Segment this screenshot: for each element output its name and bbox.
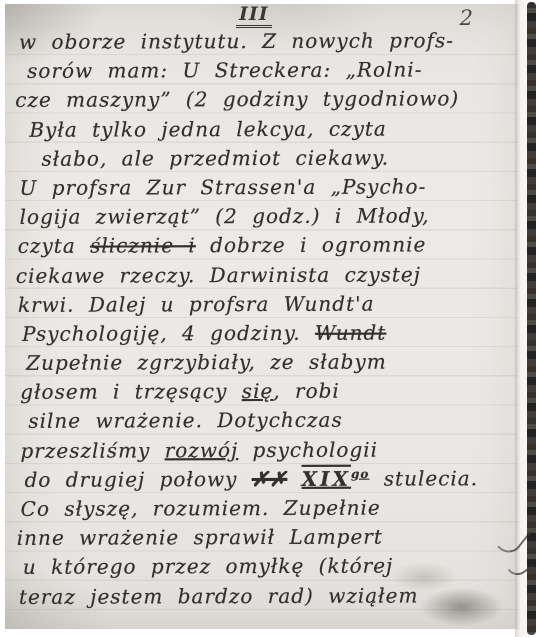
manuscript-line: inne wrażenie sprawił Lampert bbox=[13, 524, 513, 555]
manuscript-line: w oborze instytutu. Z nowych profs- bbox=[11, 28, 511, 59]
text-segment: dobrze i ogromnie bbox=[196, 233, 427, 258]
text-segment: rozwój bbox=[165, 438, 239, 462]
text-segment: cze maszyny” (2 godziny tygodniowo) bbox=[15, 87, 459, 113]
book-edge-dark-band bbox=[527, 2, 536, 635]
manuscript-photo: III 2 w oborze instytutu. Z nowych profs… bbox=[0, 0, 539, 637]
text-segment: Co słyszę, rozumiem. Zupełnie bbox=[21, 496, 381, 521]
text-segment: XIX bbox=[302, 467, 351, 491]
manuscript-line: Psychologiję, 4 godziny. Wundt bbox=[12, 320, 512, 351]
ink-smudge bbox=[407, 581, 517, 633]
section-number: III bbox=[236, 3, 272, 28]
text-segment: przeszliśmy bbox=[20, 438, 164, 463]
text-segment: krwi. Dalej u profsra Wundt'a bbox=[18, 291, 375, 316]
manuscript-line: Była tylko jedna lekcya, czyta bbox=[11, 116, 511, 147]
text-segment: U profsra Zur Strassen'a „Psycho- bbox=[19, 174, 426, 199]
text-segment: inne wrażenie sprawił Lampert bbox=[17, 525, 383, 550]
text-segment: ciekawe rzeczy. Darwinista czystej bbox=[16, 262, 421, 287]
text-segment: teraz jestem bardzo rad) wziąłem bbox=[19, 583, 419, 608]
manuscript-line: cze maszyny” (2 godziny tygodniowo) bbox=[11, 87, 511, 118]
manuscript-line: krwi. Dalej u profsra Wundt'a bbox=[12, 291, 512, 322]
text-segment: Zupełnie zgrzybiały, ze słabym bbox=[26, 350, 387, 375]
page-number: 2 bbox=[460, 6, 473, 30]
manuscript-line: czyta ślicznie i dobrze i ogromnie bbox=[12, 232, 512, 263]
manuscript-line: U profsra Zur Strassen'a „Psycho- bbox=[11, 174, 511, 205]
text-segment: go bbox=[351, 467, 369, 481]
text-segment: Była tylko jedna lekcya, czyta bbox=[29, 116, 387, 141]
manuscript-line: ciekawe rzeczy. Darwinista czystej bbox=[12, 262, 512, 293]
text-segment: psychologii bbox=[238, 437, 378, 461]
text-segment: czyta bbox=[18, 234, 90, 258]
text-segment: ✗✗ bbox=[252, 467, 288, 491]
text-segment: Wundt bbox=[315, 320, 386, 344]
manuscript-line: Zupełnie zgrzybiały, ze słabym bbox=[12, 349, 512, 380]
text-segment: słabo, ale przedmiot ciekawy. bbox=[41, 145, 389, 170]
text-segment: u którego przez omyłkę (której bbox=[23, 554, 393, 579]
text-segment: stulecia. bbox=[369, 466, 478, 490]
manuscript-line: Co słyszę, rozumiem. Zupełnie bbox=[13, 495, 513, 526]
manuscript-line: słabo, ale przedmiot ciekawy. bbox=[11, 145, 511, 176]
text-segment: silne wrażenie. Dotychczas bbox=[28, 408, 342, 433]
text-segment: logija zwierząt” (2 godz.) i Młody, bbox=[20, 204, 430, 229]
text-segment: , robi bbox=[273, 379, 340, 403]
text-segment: sorów mam: U Streckera: „Rolni- bbox=[27, 58, 422, 83]
text-segment: się bbox=[242, 379, 274, 403]
text-segment bbox=[287, 467, 301, 491]
text-segment: Psychologiję, 4 godziny. bbox=[22, 321, 315, 346]
text-segment: w oborze instytutu. Z nowych profs- bbox=[19, 28, 454, 54]
manuscript-line: do drugiej połowy ✗✗ XIXgo stulecia. bbox=[13, 466, 513, 497]
text-segment: ślicznie i bbox=[90, 234, 196, 258]
text-segment: głosem i trzęsący bbox=[20, 379, 242, 404]
manuscript-lines: w oborze instytutu. Z nowych profs-sorów… bbox=[11, 28, 513, 613]
manuscript-line: silne wrażenie. Dotychczas bbox=[12, 408, 512, 439]
manuscript-line: sorów mam: U Streckera: „Rolni- bbox=[11, 57, 511, 88]
text-segment: do drugiej połowy bbox=[25, 467, 252, 492]
manuscript-line: logija zwierząt” (2 godz.) i Młody, bbox=[12, 203, 512, 234]
manuscript-line: głosem i trzęsący się, robi bbox=[12, 378, 512, 409]
manuscript-line: przeszliśmy rozwój psychologii bbox=[12, 437, 512, 468]
